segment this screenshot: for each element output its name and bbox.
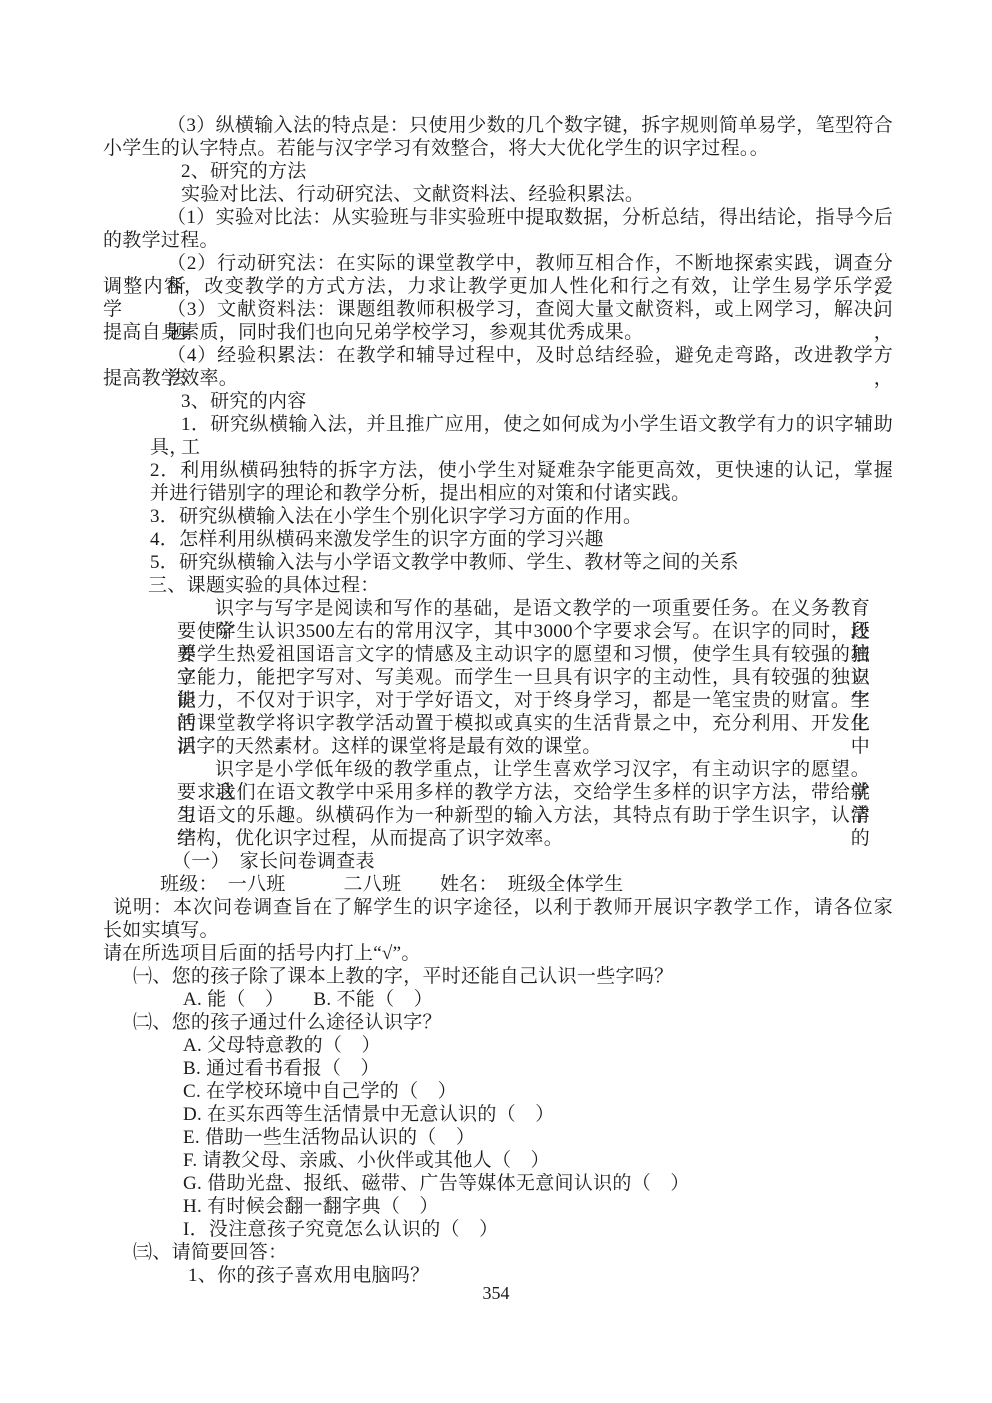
text-line: 三、课题实验的具体过程： (103, 574, 893, 597)
text-line: 习语文的乐趣。纵横码作为一种新型的输入方法，其特点有助于学生识字，认清字的 (103, 804, 893, 827)
text-line: D. 在买东西等生活情景中无意认识的（ ） (103, 1103, 893, 1126)
text-line: H. 有时候会翻一翻字典（ ） (103, 1195, 893, 1218)
text-line: 具， (103, 436, 893, 459)
text-line: 调整内容，改变教学的方式方法，力求让教学更加人性化和行之有效，让学生易学乐学爱学… (103, 275, 893, 298)
text-line: 的课堂教学将识字教学活动置于模拟或真实的生活背景之中，充分利用、开发生活中 (103, 712, 893, 735)
text-line: A. 父母特意教的（ ） (103, 1034, 893, 1057)
text-line: ㈡、您的孩子通过什么途径认识字？ (103, 1011, 893, 1034)
text-line: 养学生热爱祖国语言文字的情感及主动识字的愿望和习惯，使学生具有较强的独立识 (103, 643, 893, 666)
text-line: B. 通过看书看报（ ） (103, 1057, 893, 1080)
text-line: F. 请教父母、亲戚、小伙伴或其他人（ ） (103, 1149, 893, 1172)
text-line: A. 能（ ） B. 不能（ ） (103, 988, 893, 1011)
text-line: G. 借助光盘、报纸、磁带、广告等媒体无意间认识的（ ） (103, 1172, 893, 1195)
text-line: 1．研究纵横输入法，并且推广应用，使之如何成为小学生语文教学有力的识字辅助工 (103, 413, 893, 436)
text-line: 2．利用纵横码独特的拆字方法，使小学生对疑难杂字能更高效，更快速的认记，掌握 (103, 459, 893, 482)
document-page: （3）纵横输入法的特点是：只使用少数的几个数字键，拆字规则简单易学，笔型符合小学… (0, 0, 992, 1403)
text-line: 要使学生认识3500左右的常用汉字，其中3000个字要求会写。在识字的同时，还要… (103, 620, 893, 643)
text-line: 说明：本次问卷调查旨在了解学生的识字途径，以利于教师开展识字教学工作，请各位家 (103, 896, 893, 919)
text-line: 4．怎样利用纵横码来激发学生的识字方面的学习兴趣 (103, 528, 893, 551)
text-line: 班级： 一八班 二八班 姓名： 班级全体学生 (103, 873, 893, 896)
text-line: 的教学过程。 (103, 229, 893, 252)
text-line: ㈢、请简要回答： (103, 1241, 893, 1264)
text-line: 要求我们在语文教学中采用多样的教学方法，交给学生多样的识字方法，带给学生学 (103, 781, 893, 804)
text-line: 2、研究的方法 (103, 160, 893, 183)
text-line: 能力，不仅对于识字，对于学好语文，对于终身学习，都是一笔宝贵的财富。生活化 (103, 689, 893, 712)
text-line: 5．研究纵横输入法与小学语文教学中教师、学生、教材等之间的关系 (103, 551, 893, 574)
text-line: 实验对比法、行动研究法、文献资料法、经验积累法。 (103, 183, 893, 206)
page-number: 354 (0, 1282, 992, 1305)
text-line: （4）经验积累法：在教学和辅导过程中，及时总结经验，避免走弯路，改进教学方法， (103, 344, 893, 367)
text-line: 长如实填写。 (103, 919, 893, 942)
text-line: 3．研究纵横输入法在小学生个别化识字学习方面的作用。 (103, 505, 893, 528)
text-line: 3、研究的内容 (103, 390, 893, 413)
text-line: （3）纵横输入法的特点是：只使用少数的几个数字键，拆字规则简单易学，笔型符合 (103, 114, 893, 137)
text-line: ㈠、您的孩子除了课本上教的字，平时还能自己认识一些字吗？ (103, 965, 893, 988)
text-line: （2）行动研究法：在实际的课堂教学中，教师互相合作，不断地探索实践，调查分析， (103, 252, 893, 275)
text-line: 小学生的认字特点。若能与汉字学习有效整合，将大大优化学生的识字过程。。 (103, 137, 893, 160)
text-line: E. 借助一些生活物品认识的（ ） (103, 1126, 893, 1149)
text-line: （3）文献资料法：课题组教师积极学习，查阅大量文献资料，或上网学习，解决问题， (103, 298, 893, 321)
text-line: （1）实验对比法：从实验班与非实验班中提取数据，分析总结，得出结论，指导今后 (103, 206, 893, 229)
text-line: 并进行错别字的理论和教学分析，提出相应的对策和付诸实践。 (103, 482, 893, 505)
document-body: （3）纵横输入法的特点是：只使用少数的几个数字键，拆字规则简单易学，笔型符合小学… (103, 114, 893, 1287)
text-line: 字能力，能把字写对、写美观。而学生一旦具有识字的主动性，具有较强的独立识字 (103, 666, 893, 689)
text-line: 识字与写字是阅读和写作的基础，是语文教学的一项重要任务。在义务教育阶段 (103, 597, 893, 620)
text-line: 请在所选项目后面的括号内打上“√”。 (103, 942, 893, 965)
text-line: C. 在学校环境中自己学的（ ） (103, 1080, 893, 1103)
text-line: 识字是小学低年级的教学重点，让学生喜欢学习汉字，有主动识字的愿望。这就 (103, 758, 893, 781)
text-line: （一） 家长问卷调查表 (103, 850, 893, 873)
text-line: I．没注意孩子究竟怎么认识的（ ） (103, 1218, 893, 1241)
